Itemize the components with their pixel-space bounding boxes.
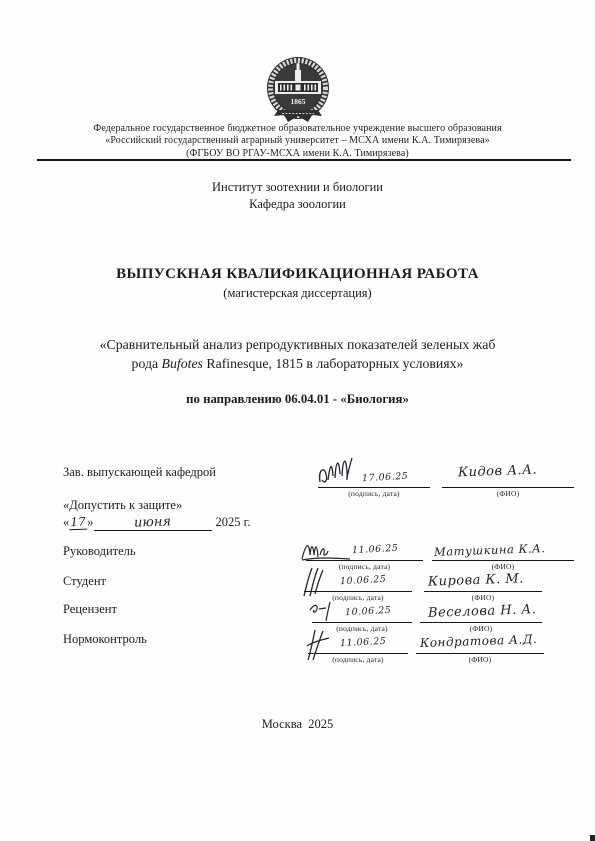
row3-fio-sublabel: (ФИО) [416,655,544,664]
row-label-normcontrol: Нормоконтроль [63,632,147,647]
row-label-student: Студент [63,574,106,589]
org-header: Федеральное государственное бюджетное об… [0,123,595,160]
row2-signature-scribble [308,600,348,622]
org-line1: Федеральное государственное бюджетное об… [0,123,595,135]
admit-month-handwriting: июня [134,514,172,530]
program-line: по направлению 06.04.01 - «Биология» [0,392,595,407]
thesis-title: «Сравнительный анализ репродуктивных пок… [0,336,595,373]
emblem-year: 1865 [291,97,306,106]
admit-label: «Допустить к защите» [63,498,182,513]
org-line2: «Российский государственный аграрный уни… [0,135,595,147]
department-name: Кафедра зоологии [0,196,595,213]
thesis-title-line1: «Сравнительный анализ репродуктивных пок… [0,336,595,355]
work-type-title: ВЫПУСКНАЯ КВАЛИФИКАЦИОННАЯ РАБОТА [0,266,595,283]
head-sign-sublabel: (подпись, дата) [318,489,430,498]
row-label-reviewer: Рецензент [63,602,117,617]
head-fio-sublabel: (ФИО) [442,489,574,498]
header-divider [37,159,571,161]
head-of-dept-label: Зав. выпускающей кафедрой [63,465,216,480]
university-emblem: 1865 [262,56,334,124]
thesis-title-line2: рода Bufotes Rafinesque, 1815 в лаборато… [0,355,595,374]
row3-sign-sublabel: (подпись, дата) [308,655,408,664]
title-page: 1865 Федеральное государственное бюджетн… [0,0,595,841]
admit-date-line: «17»июня2025 г. [63,515,250,531]
head-fio-handwriting: Кидов А.А. [458,463,538,481]
row-label-supervisor: Руководитель [63,544,136,559]
work-subtype: (магистерская диссертация) [0,286,595,301]
admit-month-blank: июня [94,515,212,531]
admit-year: 2025 г. [216,515,251,529]
row0-signature-scribble [300,537,352,563]
city-year: Москва 2025 [0,717,595,732]
scan-artifact [590,835,595,841]
admit-day-handwriting: 17 [69,515,88,531]
emblem-icon: 1865 [262,56,334,124]
genus-name: Bufotes [162,356,203,371]
institute-name: Институт зоотехнии и биологии [0,179,595,196]
head-signature-scribble [316,452,364,488]
